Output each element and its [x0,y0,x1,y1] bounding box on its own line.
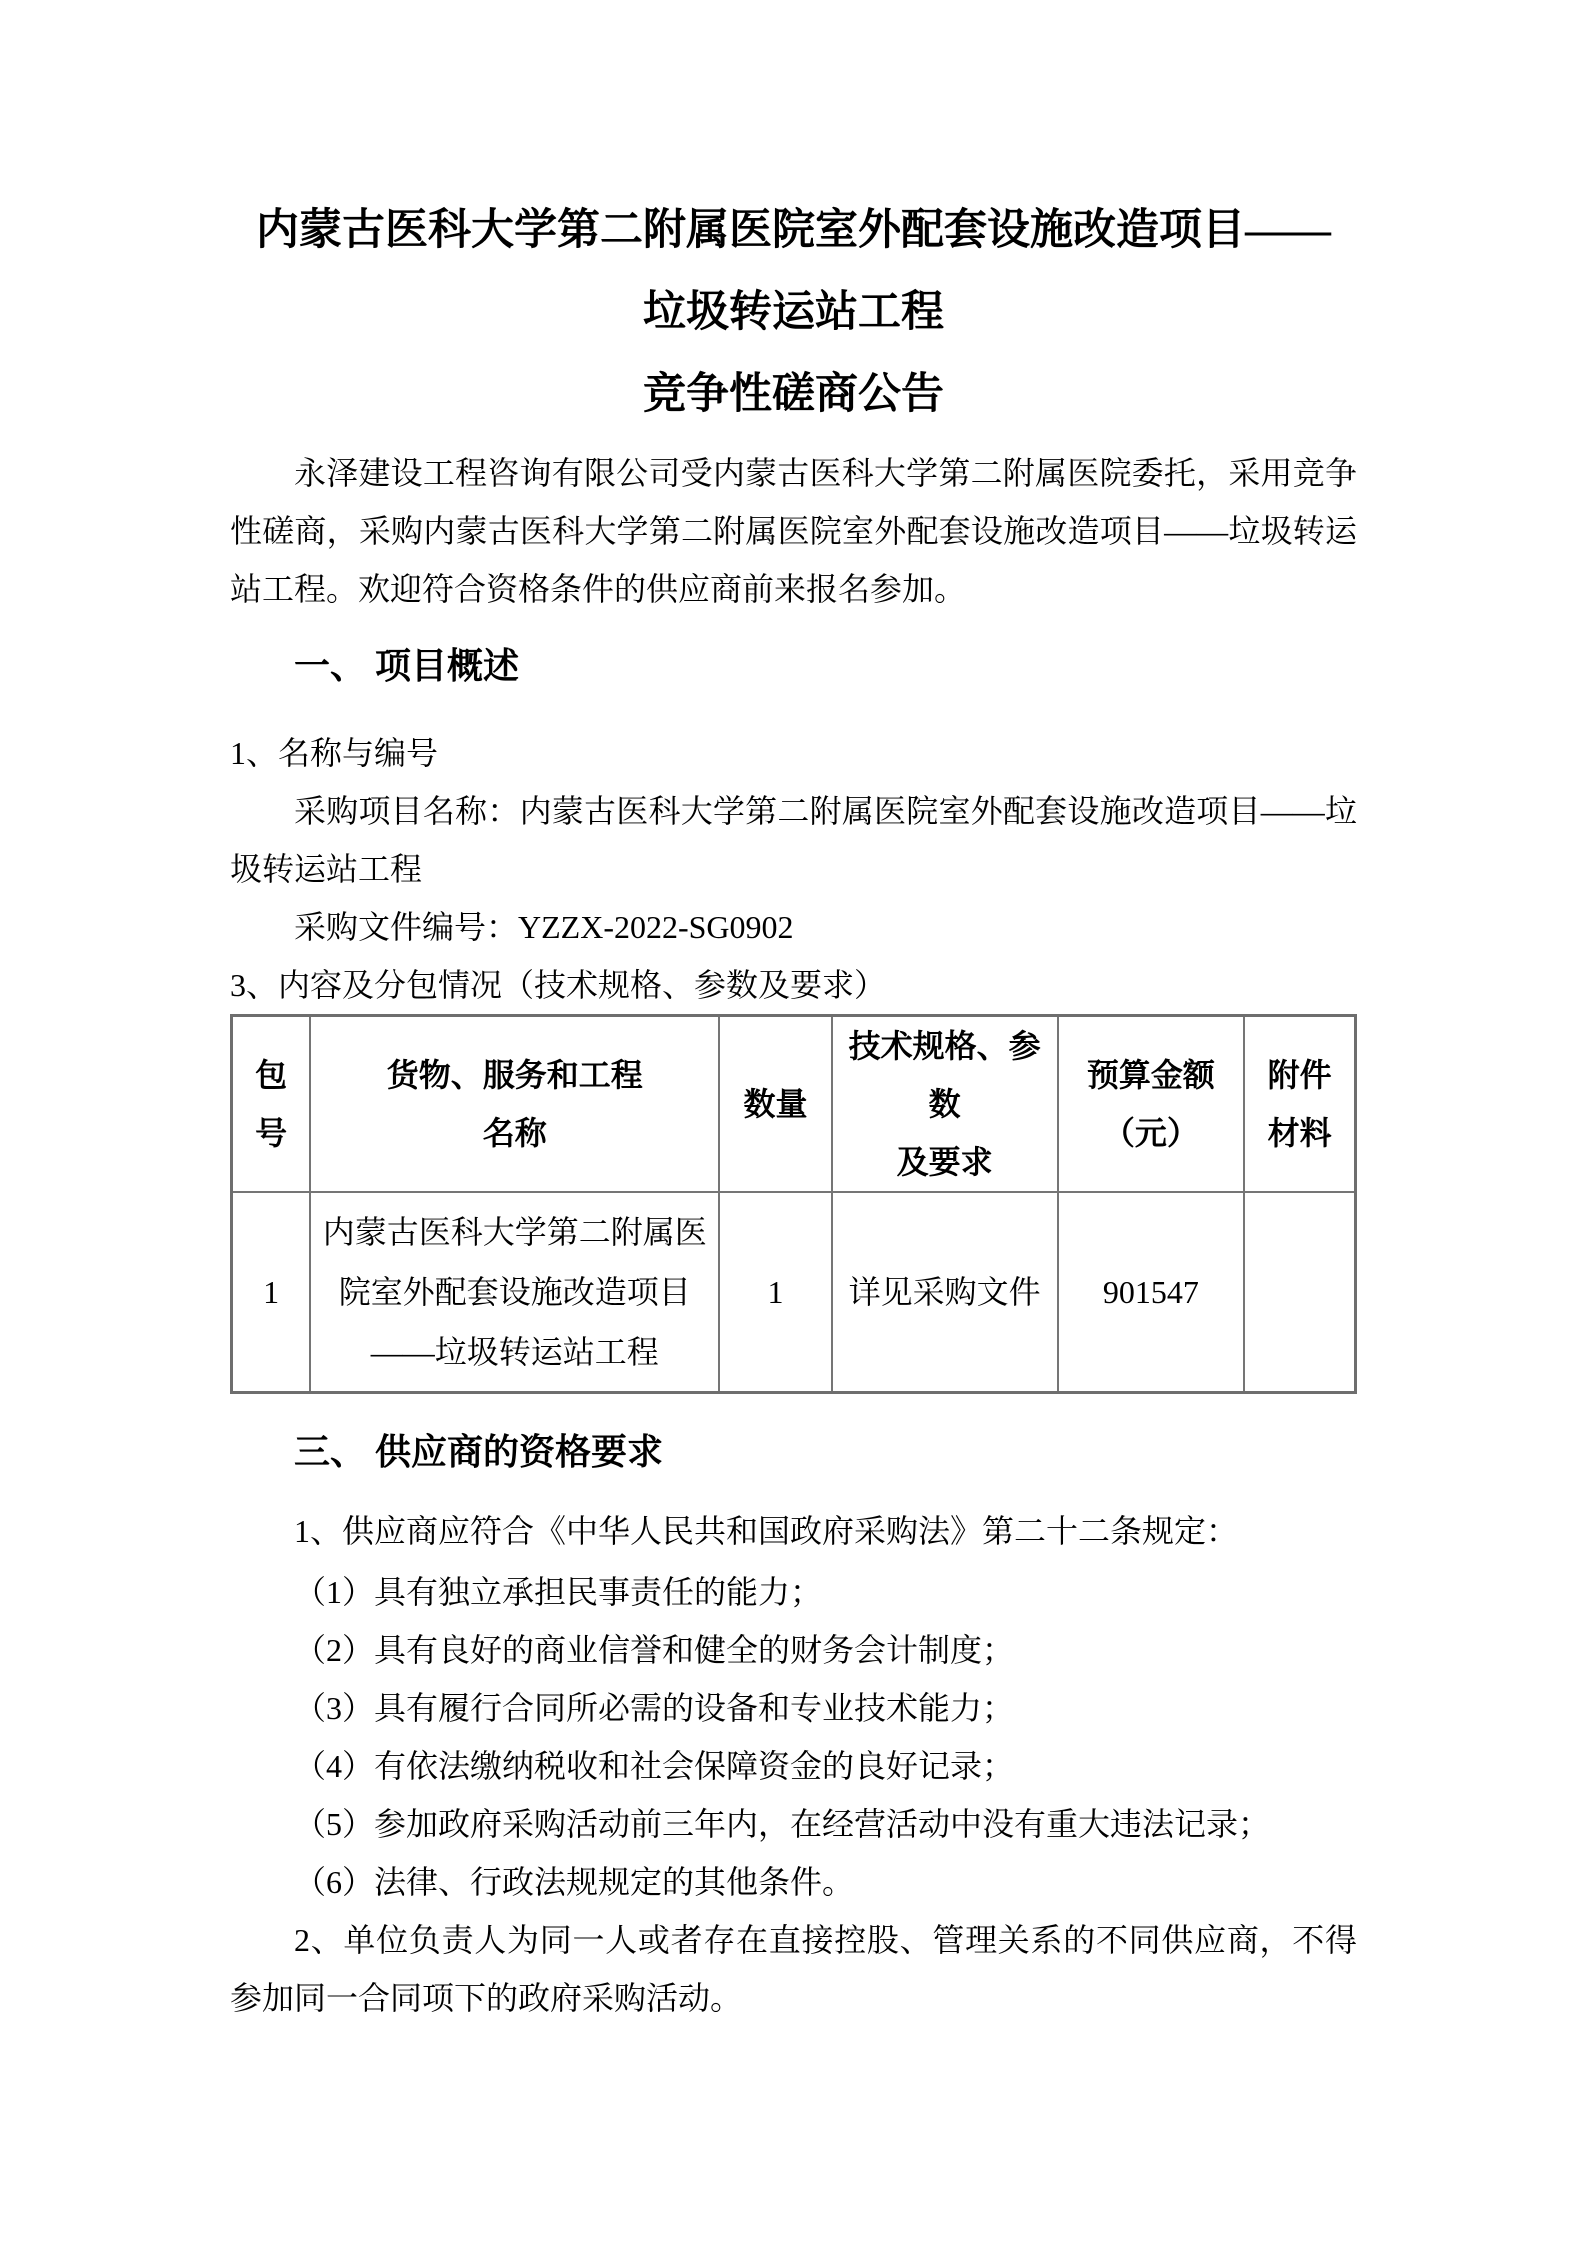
qualification-item-3: （3）具有履行合同所必需的设备和专业技术能力； [230,1679,1357,1737]
th-budget: 预算金额 （元） [1058,1016,1245,1193]
doc-subtitle: 竞争性磋商公告 [230,354,1357,436]
section-heading-overview: 一、 项目概述 [230,634,1357,698]
td-goods-name: 内蒙古医科大学第二附属医院室外配套设施改造项目——垃圾转运站工程 [310,1192,719,1392]
td-attachment [1244,1192,1355,1392]
package-table-header-row: 包 号 货物、服务和工程 名称 数量 技术规格、参数 及要求 预算金额 （元） … [232,1016,1356,1193]
td-spec: 详见采购文件 [832,1192,1058,1392]
package-table: 包 号 货物、服务和工程 名称 数量 技术规格、参数 及要求 预算金额 （元） … [230,1014,1357,1394]
paragraph-same-person-rule: 2、单位负责人为同一人或者存在直接控股、管理关系的不同供应商，不得参加同一合同项… [230,1911,1357,2027]
qualification-item-4: （4）有依法缴纳税收和社会保障资金的良好记录； [230,1737,1357,1795]
package-table-row: 1 内蒙古医科大学第二附属医院室外配套设施改造项目——垃圾转运站工程 1 详见采… [232,1192,1356,1392]
qualification-intro: 1、供应商应符合《中华人民共和国政府采购法》第二十二条规定： [230,1502,1357,1560]
doc-title-line2: 垃圾转运站工程 [230,272,1357,354]
td-budget: 901547 [1058,1192,1245,1392]
qualification-item-6: （6）法律、行政法规规定的其他条件。 [230,1853,1357,1911]
th-spec: 技术规格、参数 及要求 [832,1016,1058,1193]
line-doc-number: 采购文件编号：YZZX-2022-SG0902 [230,898,1357,956]
section-heading-qualification: 三、 供应商的资格要求 [230,1420,1357,1484]
th-goods-name: 货物、服务和工程 名称 [310,1016,719,1193]
document-content: 内蒙古医科大学第二附属医院室外配套设施改造项目—— 垃圾转运站工程 竞争性磋商公… [0,0,1587,2027]
line-content-subpackage: 3、内容及分包情况（技术规格、参数及要求） [230,956,1357,1014]
doc-title-line1: 内蒙古医科大学第二附属医院室外配套设施改造项目—— [230,190,1357,272]
overview-group: 1、名称与编号 采购项目名称：内蒙古医科大学第二附属医院室外配套设施改造项目——… [230,724,1357,1014]
td-quantity: 1 [719,1192,831,1392]
document-page: 内蒙古医科大学第二附属医院室外配套设施改造项目—— 垃圾转运站工程 竞争性磋商公… [0,0,1587,2245]
th-attachment: 附件 材料 [1244,1016,1355,1193]
th-quantity: 数量 [719,1016,831,1193]
line-project-name: 采购项目名称：内蒙古医科大学第二附属医院室外配套设施改造项目——垃圾转运站工程 [230,782,1357,898]
th-package-no: 包 号 [232,1016,311,1193]
intro-paragraph: 永泽建设工程咨询有限公司受内蒙古医科大学第二附属医院委托，采用竞争性磋商，采购内… [230,444,1357,618]
qualification-item-1: （1）具有独立承担民事责任的能力； [230,1563,1357,1621]
qualification-item-2: （2）具有良好的商业信誉和健全的财务会计制度； [230,1621,1357,1679]
line-name-and-number: 1、名称与编号 [230,724,1357,782]
td-package-no: 1 [232,1192,311,1392]
qualification-item-list: （1）具有独立承担民事责任的能力； （2）具有良好的商业信誉和健全的财务会计制度… [230,1563,1357,1911]
qualification-item-5: （5）参加政府采购活动前三年内，在经营活动中没有重大违法记录； [230,1795,1357,1853]
